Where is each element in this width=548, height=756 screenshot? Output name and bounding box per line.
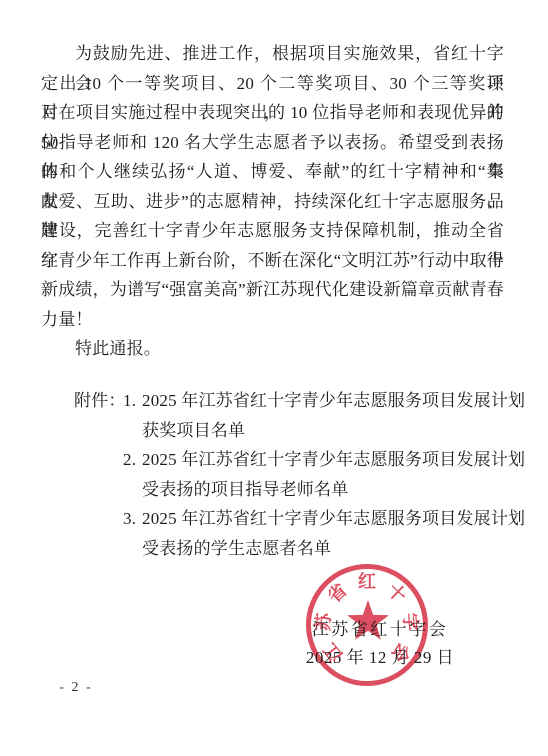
attachment-list: 附件：1.2025 年江苏省红十字青少年志愿服务项目发展计划获奖项目名单2.20…	[74, 386, 514, 563]
attachment-title-text: 2025 年江苏省红十字青少年志愿服务项目发展计划	[142, 391, 525, 410]
attachment-item-subtitle: 受表扬的学生志愿者名单	[74, 534, 514, 564]
paragraph-line: 定出 10 个一等奖项目、20 个二等奖项目、30 个三等奖项目，并	[41, 69, 504, 99]
paragraph-line: 力量！	[41, 305, 504, 335]
paragraph-line: 建设，完善红十字青少年志愿服务支持保障机制，推动全省红十	[41, 216, 504, 246]
paragraph-line: 对在项目实施过程中表现突出的 10 位指导老师和表现优异的 50	[41, 98, 504, 128]
attachment-item-subtitle: 获奖项目名单	[74, 416, 514, 446]
paragraph-line: 体和个人继续弘扬“人道、博爱、奉献”的红十字精神和“奉献、	[41, 157, 504, 187]
document-page: 为鼓励先进、推进工作，根据项目实施效果，省红十字会评定出 10 个一等奖项目、2…	[0, 0, 548, 756]
page-number: - 2 -	[50, 680, 102, 696]
paragraph-line: 特此通报。	[41, 334, 504, 364]
seal-arc-character: 十	[383, 579, 410, 607]
paragraph-line: 友爱、互助、进步”的志愿精神，持续深化红十字志愿服务品牌	[41, 187, 504, 217]
attachment-item-title: 2.2025 年江苏省红十字青少年志愿服务项目发展计划	[74, 445, 514, 475]
attachment-number: 3.	[123, 504, 142, 534]
attachment-label: 附件：	[74, 386, 123, 416]
paragraph-line: 新成绩，为谱写“强富美高”新江苏现代化建设新篇章贡献青春	[41, 275, 504, 305]
paragraph-line: 位指导老师和 120 名大学生志愿者予以表扬。希望受到表扬的集	[41, 128, 504, 158]
seal-arc-character: 红	[358, 572, 376, 592]
attachment-item-title: 附件：1.2025 年江苏省红十字青少年志愿服务项目发展计划	[74, 386, 514, 416]
signature-organization: 江苏省红十字会	[280, 615, 480, 640]
seal-arc-character: 省	[323, 579, 350, 607]
document-body: 为鼓励先进、推进工作，根据项目实施效果，省红十字会评定出 10 个一等奖项目、2…	[41, 39, 504, 364]
attachment-item-subtitle: 受表扬的项目指导老师名单	[74, 475, 514, 505]
attachment-title-text: 2025 年江苏省红十字青少年志愿服务项目发展计划	[142, 450, 525, 469]
paragraph-line: 为鼓励先进、推进工作，根据项目实施效果，省红十字会评	[41, 39, 504, 69]
signature-date: 2025 年 12 月 29 日	[280, 643, 480, 668]
paragraph-line: 字青少年工作再上新台阶，不断在深化“文明江苏”行动中取得	[41, 246, 504, 276]
attachment-number: 2.	[123, 445, 142, 475]
attachment-number: 1.	[123, 386, 142, 416]
attachment-title-text: 2025 年江苏省红十字青少年志愿服务项目发展计划	[142, 509, 525, 528]
attachment-item-title: 3.2025 年江苏省红十字青少年志愿服务项目发展计划	[74, 504, 514, 534]
